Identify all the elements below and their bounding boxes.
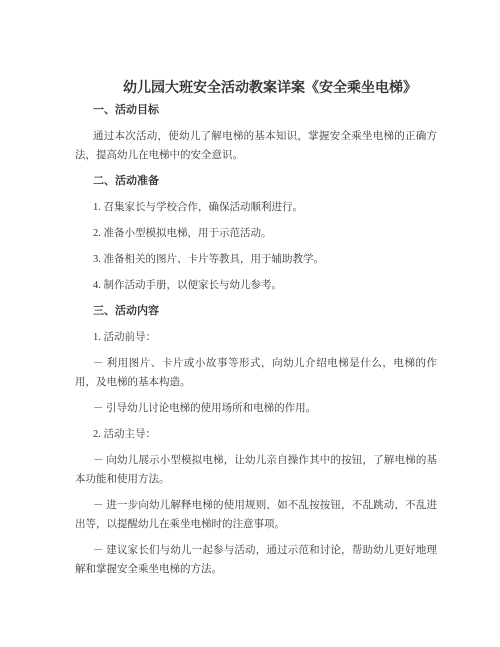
preparation-item-2: 2. 准备小型模拟电梯，用于示范活动。 [75, 224, 437, 243]
document-page: 幼儿园大班安全活动教案详案《安全乘坐电梯》 一、活动目标 通过本次活动，使幼儿了… [0, 0, 500, 647]
content-main-item-1: － 向幼儿展示小型模拟电梯，让幼儿亲自操作其中的按钮，了解电梯的基本功能和使用方… [75, 451, 437, 489]
document-title: 幼儿园大班安全活动教案详案《安全乘坐电梯》 [75, 79, 437, 99]
section-heading-content: 三、活动内容 [75, 302, 437, 321]
content-main-item-2: － 进一步向幼儿解释电梯的使用规则，如不乱按按钮，不乱跳动，不乱进出等，以提醒幼… [75, 496, 437, 534]
section-heading-preparation: 二、活动准备 [75, 172, 437, 191]
content-lead-in-label: 1. 活动前导： [75, 328, 437, 347]
content-lead-in-item-1: － 利用图片、卡片或小故事等形式，向幼儿介绍电梯是什么，电梯的作用，及电梯的基本… [75, 354, 437, 392]
preparation-item-3: 3. 准备相关的图片、卡片等教具，用于辅助教学。 [75, 250, 437, 269]
document-content: 幼儿园大班安全活动教案详案《安全乘坐电梯》 一、活动目标 通过本次活动，使幼儿了… [75, 79, 437, 586]
preparation-item-4: 4. 制作活动手册，以便家长与幼儿参考。 [75, 276, 437, 295]
preparation-item-1: 1. 召集家长与学校合作，确保活动顺利进行。 [75, 198, 437, 217]
content-main-label: 2. 活动主导： [75, 425, 437, 444]
content-main-item-3: － 建议家长们与幼儿一起参与活动，通过示范和讨论，帮助幼儿更好地理解和掌握安全乘… [75, 541, 437, 579]
goals-paragraph: 通过本次活动，使幼儿了解电梯的基本知识，掌握安全乘坐电梯的正确方法，提高幼儿在电… [75, 127, 437, 165]
section-heading-goals: 一、活动目标 [75, 101, 437, 120]
content-lead-in-item-2: － 引导幼儿讨论电梯的使用场所和电梯的作用。 [75, 399, 437, 418]
